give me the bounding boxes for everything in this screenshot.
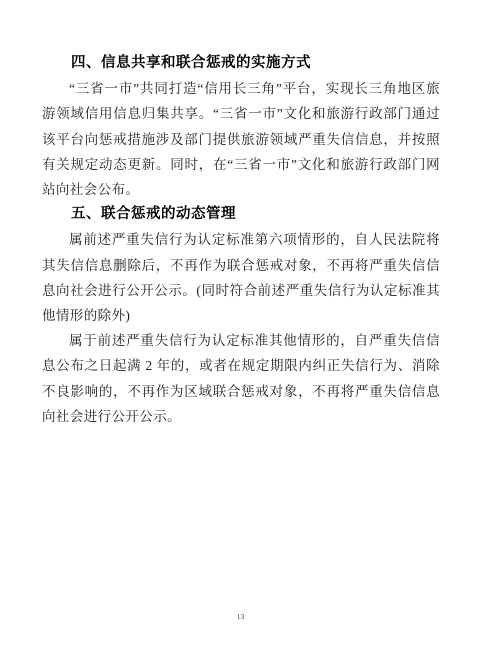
paragraph: 属于前述严重失信行为认定标准其他情形的，自严重失信信息公布之日起满 2 年的，或…: [42, 328, 440, 429]
page-number: 13: [0, 612, 481, 621]
paragraph: “三省一市”共同打造“信用长三角”平台，实现长三角地区旅游领域信用信息归集共享。…: [42, 76, 440, 202]
document-content: 四、信息共享和联合惩戒的实施方式 “三省一市”共同打造“信用长三角”平台，实现长…: [42, 51, 440, 429]
section-heading-dynamic-management: 五、联合惩戒的动态管理: [42, 202, 440, 227]
document-page: 四、信息共享和联合惩戒的实施方式 “三省一市”共同打造“信用长三角”平台，实现长…: [0, 0, 481, 657]
paragraph: 属前述严重失信行为认定标准第六项情形的，自人民法院将其失信信息删除后，不再作为联…: [42, 227, 440, 328]
section-heading-information-sharing: 四、信息共享和联合惩戒的实施方式: [42, 51, 440, 76]
